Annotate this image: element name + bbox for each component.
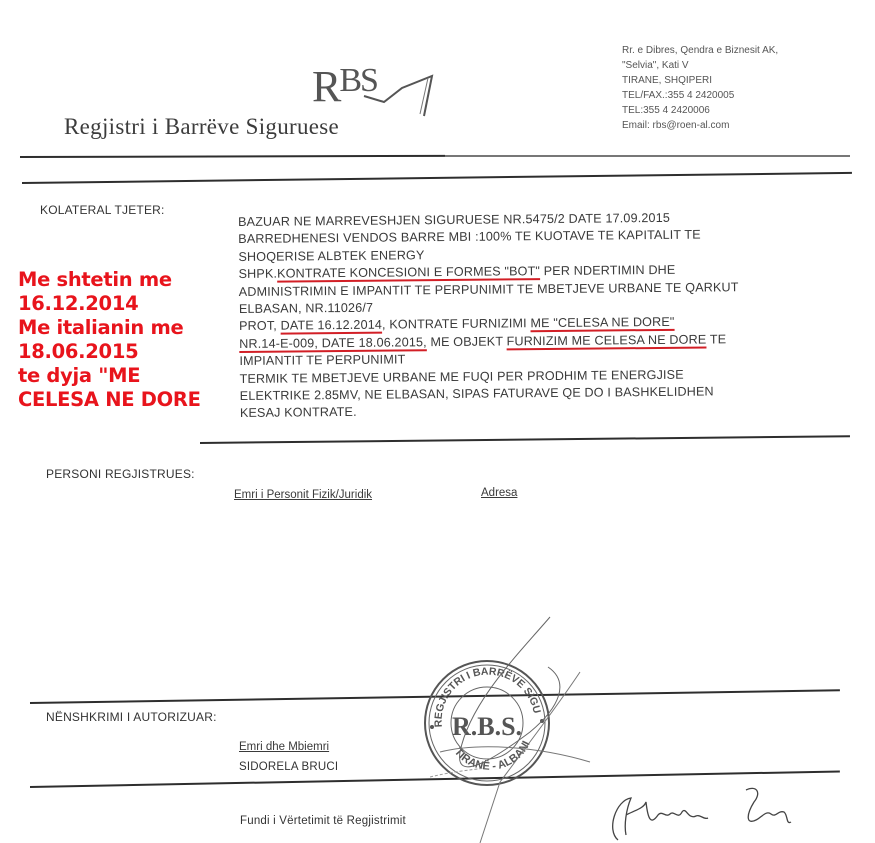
signature-scribble-icon [430, 612, 610, 843]
tel-line: TEL:355 4 2420006 [622, 103, 778, 118]
highlighted-text: ME "CELESA NE DORE" [530, 315, 674, 330]
text-segment: BAZUAR NE MARREVESHJEN SIGURUESE NR.5475… [238, 211, 670, 229]
text-segment: PER NDERTIMIN DHE [540, 263, 676, 278]
collateral-line: KESAJ KONTRATE. [240, 401, 740, 423]
logo-flag-icon [362, 72, 436, 120]
telfax-line: TEL/FAX.:355 4 2420005 [622, 88, 778, 103]
text-segment: SHOQERISE ALBTEK ENERGY [238, 248, 424, 264]
text-segment: , KONTRATE FURNIZIMI [382, 317, 531, 332]
text-segment: TERMIK TE MBETJEVE URBANE ME FUQI PER PR… [240, 367, 684, 385]
text-segment: KESAJ KONTRATE. [240, 405, 357, 420]
divider [22, 172, 852, 184]
address-line: Rr. e Dibres, Qendra e Biznesit AK, [622, 43, 778, 58]
registrant-address-column: Adresa [481, 487, 517, 499]
red-annotation: Me shtetin me 16.12.2014 Me italianin me… [18, 268, 201, 412]
highlighted-text: DATE 16.12.2014 [281, 318, 383, 333]
collateral-label: KOLATERAL TJETER: [40, 203, 165, 217]
text-segment: SHPK. [239, 267, 278, 281]
text-segment: BARREDHENESI VENDOS BARRE MBI :100% TE K… [238, 228, 701, 246]
logo-letter-r: R [312, 62, 339, 111]
annotation-line: Me shtetin me [18, 268, 201, 292]
divider [445, 155, 850, 157]
divider [200, 435, 850, 444]
annotation-line: 18.06.2015 [18, 340, 201, 364]
divider [20, 155, 445, 158]
collateral-text: BAZUAR NE MARREVESHJEN SIGURUESE NR.5475… [238, 209, 740, 423]
annotation-line: te dyja "ME [18, 364, 201, 388]
signatory-name: SIDORELA BRUCI [239, 761, 338, 773]
text-segment: ME OBJEKT [427, 334, 507, 349]
highlighted-text: NR.14-E-009, DATE 18.06.2015, [239, 335, 427, 351]
handwritten-signature-icon [596, 780, 806, 843]
registrant-label: PERSONI REGJISTRUES: [46, 467, 195, 481]
text-segment: ELEKTRIKE 2.85MV, NE ELBASAN, SIPAS FATU… [240, 385, 714, 404]
registrant-name-column: Emri i Personit Fizik/Juridik [234, 489, 372, 501]
end-of-certificate: Fundi i Vërtetimit të Regjistrimit [240, 815, 406, 827]
text-segment: ELBASAN, NR.11026/7 [239, 301, 373, 316]
signatory-label: NËNSHKRIMI I AUTORIZUAR: [46, 710, 217, 724]
annotation-line: 16.12.2014 [18, 292, 201, 316]
text-segment: TE [706, 332, 726, 346]
brand-name: Regjistri i Barrëve Siguruese [64, 114, 339, 140]
text-segment: ADMINISTRIMIN E IMPANTIT TE PERPUNIMIT T… [239, 280, 739, 299]
annotation-line: Me italianin me [18, 316, 201, 340]
text-segment: IMPIANTIT TE PERPUNIMIT [239, 353, 405, 369]
highlighted-text: KONTRATE KONCESIONI E FORMES "BOT" [277, 264, 540, 281]
signatory-name-label: Emri dhe Mbiemri [239, 741, 329, 753]
annotation-line: CELESA NE DORE [18, 388, 201, 412]
email-line: Email: rbs@roen-al.com [622, 118, 778, 133]
address-line: "Selvia", Kati V [622, 58, 778, 73]
city-line: TIRANE, SHQIPERI [622, 73, 778, 88]
text-segment: PROT, [239, 319, 281, 333]
highlighted-text: FURNIZIM ME CELESA NE DORE [506, 332, 706, 348]
contact-block: Rr. e Dibres, Qendra e Biznesit AK, "Sel… [622, 43, 778, 133]
